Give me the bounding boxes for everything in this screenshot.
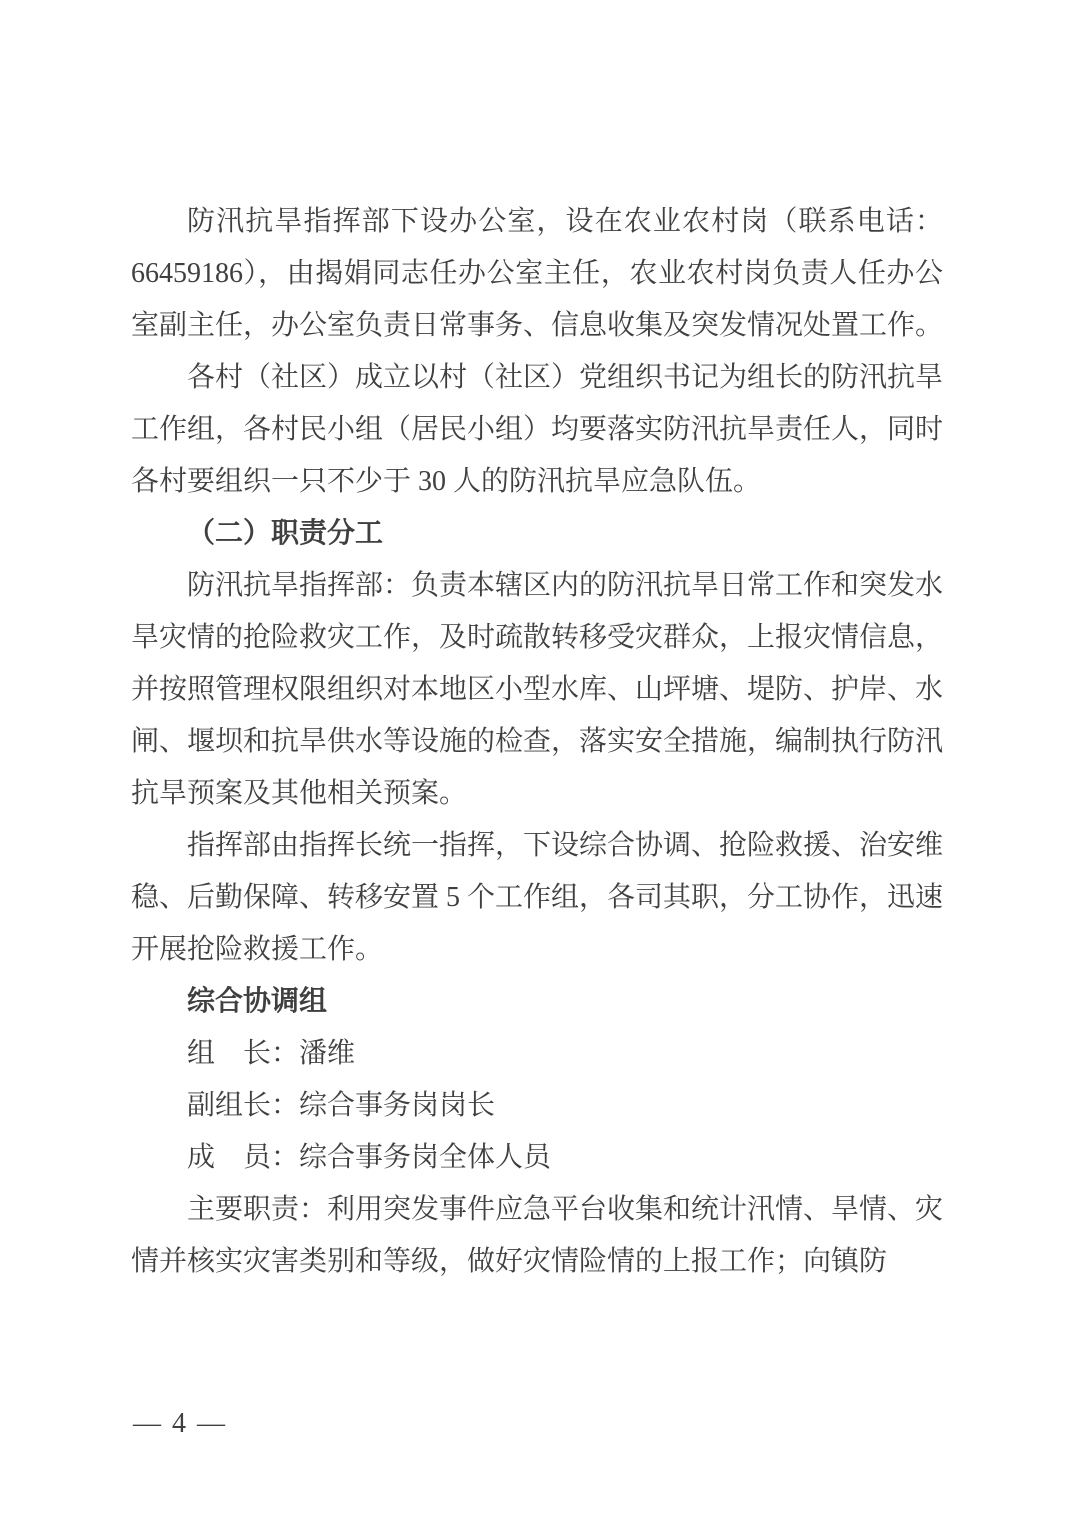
section-heading-duties: （二）职责分工: [131, 508, 943, 560]
paragraph-command-duties: 防汛抗旱指挥部：负责本辖区内的防汛抗旱日常工作和突发水旱灾情的抢险救灾工作，及时…: [131, 560, 943, 820]
line-members: 成 员：综合事务岗全体人员: [131, 1132, 943, 1184]
line-group-leader: 组 长：潘维: [131, 1028, 943, 1080]
paragraph-office-setup: 防汛抗旱指挥部下设办公室，设在农业农村岗（联系电话：66459186），由揭娟同…: [131, 196, 943, 352]
group-heading-coordination: 综合协调组: [131, 976, 943, 1028]
paragraph-command-structure: 指挥部由指挥长统一指挥，下设综合协调、抢险救援、治安维稳、后勤保障、转移安置 5…: [131, 820, 943, 976]
page-number: — 4 —: [133, 1404, 227, 1444]
line-deputy-leader: 副组长：综合事务岗岗长: [131, 1080, 943, 1132]
paragraph-main-duties: 主要职责：利用突发事件应急平台收集和统计汛情、旱情、灾情并核实灾害类别和等级，做…: [131, 1184, 943, 1288]
document-page: 防汛抗旱指挥部下设办公室，设在农业农村岗（联系电话：66459186），由揭娟同…: [0, 0, 1074, 1520]
paragraph-village-groups: 各村（社区）成立以村（社区）党组织书记为组长的防汛抗旱工作组，各村民小组（居民小…: [131, 352, 943, 508]
document-body: 防汛抗旱指挥部下设办公室，设在农业农村岗（联系电话：66459186），由揭娟同…: [131, 196, 943, 1288]
